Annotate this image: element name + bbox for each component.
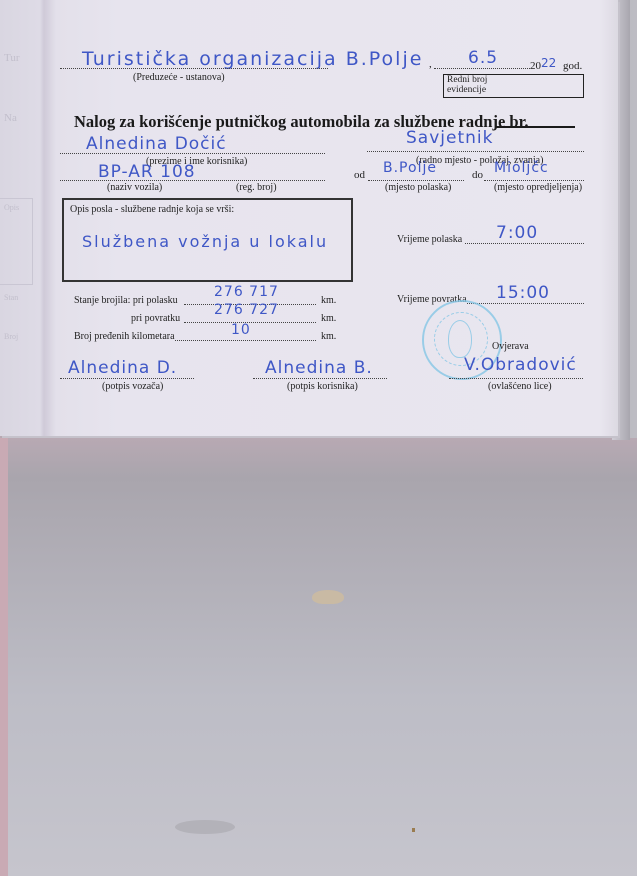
travel-order-form: Tur Na Opis Stan Broj Turistička organiz… bbox=[0, 0, 618, 436]
to-line bbox=[484, 180, 584, 181]
departure-time-label: Vrijeme polaska bbox=[397, 234, 462, 245]
user-signature-label: (potpis korisnika) bbox=[287, 381, 358, 392]
odometer-return-label: pri povratku bbox=[131, 313, 180, 324]
year-value[interactable]: 22 bbox=[541, 56, 556, 70]
km-unit: km. bbox=[321, 313, 336, 324]
vehicle-reg-value[interactable]: BP-AR 108 bbox=[98, 162, 196, 182]
user-name-line bbox=[60, 153, 325, 154]
stamp-emblem bbox=[448, 320, 472, 358]
vehicle-line bbox=[60, 180, 325, 181]
return-time-value[interactable]: 15:00 bbox=[496, 283, 550, 303]
job-description-value[interactable]: Službena vožnja u lokalu bbox=[82, 232, 328, 251]
year-prefix: 20 bbox=[530, 60, 541, 72]
ghost-label: Tur bbox=[4, 52, 20, 64]
driver-signature-label: (potpis vozača) bbox=[102, 381, 163, 392]
departure-time-value[interactable]: 7:00 bbox=[496, 223, 538, 243]
dust-speck bbox=[412, 828, 415, 832]
to-place-value[interactable]: Mioljčc bbox=[494, 160, 549, 176]
km-unit: km. bbox=[321, 295, 336, 306]
vehicle-label: (naziv vozila) bbox=[107, 182, 162, 193]
odometer-departure-label: Stanje brojila: pri polasku bbox=[74, 295, 178, 306]
job-description-label: Opis posla - službene radnje koja se vrš… bbox=[70, 204, 234, 215]
user-signature-line bbox=[253, 378, 387, 379]
authorized-signature-line bbox=[449, 378, 583, 379]
order-number-line[interactable] bbox=[495, 126, 575, 128]
authorized-signature[interactable]: V.Obradović bbox=[464, 355, 577, 375]
return-time-line bbox=[467, 303, 584, 304]
ghost-label: Na bbox=[4, 112, 17, 124]
km-total-label: Broj pređenih kilometara bbox=[74, 331, 175, 342]
driver-signature[interactable]: Alnedina D. bbox=[68, 358, 177, 378]
km-total-line bbox=[175, 340, 316, 341]
reg-label: (reg. broj) bbox=[236, 182, 277, 193]
user-name-value[interactable]: Alnedina Dočić bbox=[86, 134, 227, 154]
date-line bbox=[434, 68, 530, 69]
organization-label: (Preduzeće - ustanova) bbox=[133, 72, 225, 83]
certified-label: Ovjerava bbox=[492, 341, 529, 352]
record-number-box[interactable]: Redni broj evidencije bbox=[443, 74, 584, 98]
job-description-box[interactable]: Opis posla - službene radnje koja se vrš… bbox=[62, 198, 353, 282]
odometer-departure-value[interactable]: 276 717 bbox=[214, 284, 279, 300]
scanner-smudge bbox=[175, 820, 235, 834]
position-value[interactable]: Savjetnik bbox=[406, 128, 493, 148]
to-label: (mjesto opredjeljenja) bbox=[494, 182, 582, 193]
authorized-signature-label: (ovlašćeno lice) bbox=[488, 381, 552, 392]
ghost-label: Opis bbox=[4, 203, 19, 212]
from-prefix: od bbox=[354, 169, 365, 181]
ghost-label: Stan bbox=[4, 293, 18, 302]
record-number-label-2: evidencije bbox=[444, 85, 583, 95]
departure-time-line bbox=[465, 243, 584, 244]
organization-line bbox=[60, 68, 328, 69]
paper-stain bbox=[312, 590, 344, 604]
driver-signature-line bbox=[60, 378, 194, 379]
km-total-value[interactable]: 10 bbox=[231, 322, 251, 338]
odometer-return-value[interactable]: 276 727 bbox=[214, 302, 279, 318]
from-label: (mjesto polaska) bbox=[385, 182, 451, 193]
ghost-label: Broj bbox=[4, 332, 18, 341]
date-value[interactable]: 6.5 bbox=[468, 48, 498, 68]
position-line bbox=[367, 151, 584, 152]
from-place-value[interactable]: B.Polje bbox=[383, 160, 437, 176]
record-number-label: Redni broj bbox=[444, 75, 583, 85]
km-unit: km. bbox=[321, 331, 336, 342]
user-signature[interactable]: Alnedina B. bbox=[265, 358, 373, 378]
organization-value[interactable]: Turistička organizacija B.Polje bbox=[82, 48, 423, 70]
comma: , bbox=[429, 58, 432, 70]
scanner-edge bbox=[0, 438, 8, 876]
from-line bbox=[368, 180, 464, 181]
year-unit: god. bbox=[563, 60, 582, 72]
scanner-background bbox=[0, 438, 637, 876]
to-prefix: do bbox=[472, 169, 483, 181]
